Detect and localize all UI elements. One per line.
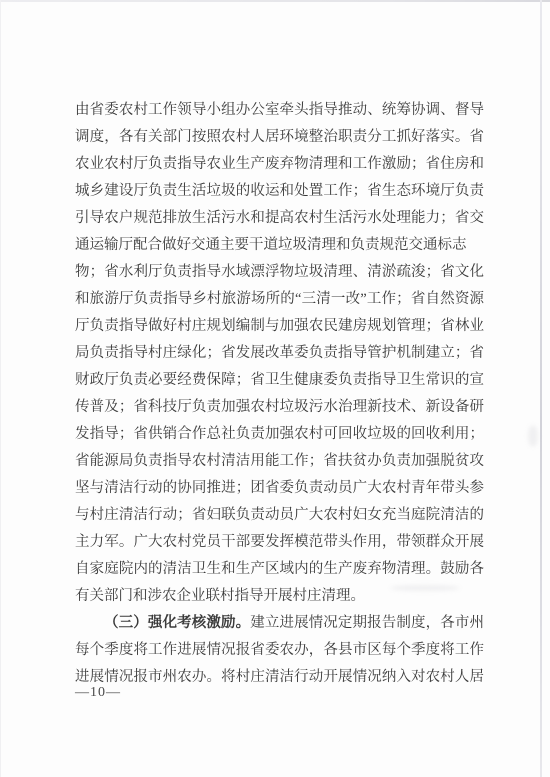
text-line: 引导农户规范排放生活污水和提高农村生活污水处理能力；省交 bbox=[75, 205, 484, 232]
document-text-block: 由省委农村工作领导小组办公室牵头指导推动、统筹协调、督导调度，各有关部门按照农村… bbox=[75, 97, 484, 691]
text-line: 调度，各有关部门按照农村人居环境整治职责分工抓好落实。省 bbox=[75, 124, 484, 151]
text-line: 城乡建设厅负责生活垃圾的收运和处置工作；省生态环境厅负责 bbox=[75, 178, 484, 205]
text-line: 通运输厅配合做好交通主要干道垃圾清理和负责规范交通标志 bbox=[75, 232, 484, 259]
text-line: 农业农村厅负责指导农业生产废弃物清理和工作激励；省住房和 bbox=[75, 151, 484, 178]
text-line: 发指导；省供销合作总社负责加强农村可回收垃圾的回收利用； bbox=[75, 421, 484, 448]
text-line: 主力军。广大农村党员干部要发挥模范带头作用，带领群众开展 bbox=[75, 529, 484, 556]
text-line: （三）强化考核激励。建立进展情况定期报告制度，各市州 bbox=[75, 610, 484, 637]
text-line: 传普及；省科技厅负责加强农村垃圾污水治理新技术、新设备研 bbox=[75, 394, 484, 421]
bold-section-heading: （三）强化考核激励。 bbox=[104, 615, 250, 631]
scan-right-edge bbox=[540, 0, 542, 777]
text-line: 每个季度将工作进展情况报省委农办，各县市区每个季度将工作 bbox=[75, 637, 484, 664]
text-line: 厅负责指导做好村庄规划编制与加强农民建房规划管理；省林业 bbox=[75, 313, 484, 340]
page-number: —10— bbox=[75, 685, 121, 701]
text-line: 物；省水利厅负责指导水域漂浮物垃圾清理、清淤疏浚；省文化 bbox=[75, 259, 484, 286]
scan-smudge bbox=[390, 585, 460, 591]
text-line: 进展情况报市州农办。将村庄清洁行动开展情况纳入对农村人居 bbox=[75, 664, 484, 691]
text-line: 和旅游厅负责指导乡村旅游场所的“三清一改”工作；省自然资源 bbox=[75, 286, 484, 313]
text-line: 与村庄清洁行动；省妇联负责动员广大农村妇女充当庭院清洁的 bbox=[75, 502, 484, 529]
text-line: 财政厅负责必要经费保障；省卫生健康委负责指导卫生常识的宣 bbox=[75, 367, 484, 394]
scan-top-edge bbox=[0, 0, 550, 2]
scanned-document-page: 由省委农村工作领导小组办公室牵头指导推动、统筹协调、督导调度，各有关部门按照农村… bbox=[0, 0, 550, 777]
text-line: 局负责指导村庄绿化；省发展改革委负责指导管护机制建立；省 bbox=[75, 340, 484, 367]
scan-left-edge bbox=[0, 0, 1, 777]
text-line: 坚与清洁行动的协同推进；团省委负责动员广大农村青年带头参 bbox=[75, 475, 484, 502]
text-line: 自家庭院内的清洁卫生和生产区域内的生产废弃物清理。鼓励各 bbox=[75, 556, 484, 583]
text-line: 省能源局负责指导农村清洁用能工作；省扶贫办负责加强脱贫攻 bbox=[75, 448, 484, 475]
text-line: 由省委农村工作领导小组办公室牵头指导推动、统筹协调、督导 bbox=[75, 97, 484, 124]
scan-smudge bbox=[528, 425, 538, 447]
